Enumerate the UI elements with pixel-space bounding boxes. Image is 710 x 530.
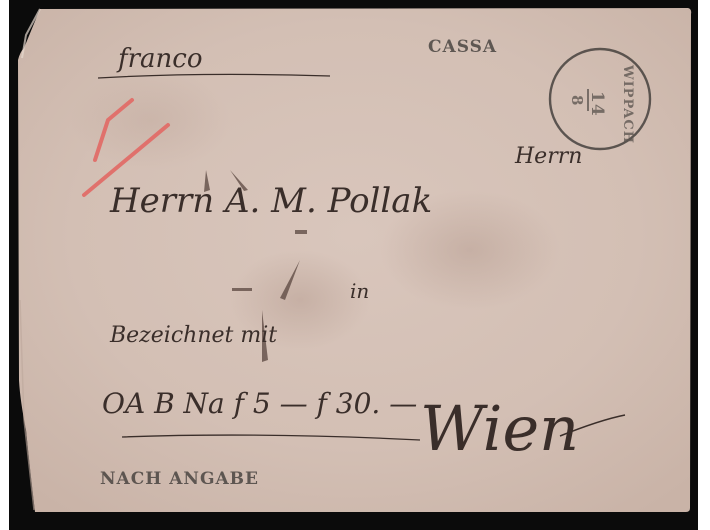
svg-text:14: 14 — [587, 91, 607, 117]
svg-text:WIPPACH: WIPPACH — [620, 64, 635, 144]
address-line-3: OA B Na f 5 — f 30. — — [102, 387, 417, 420]
cassa-stamp: CASSA — [428, 37, 497, 57]
address-in: in — [350, 279, 369, 303]
envelope-photo: franco CASSA WIPPACH 14 8 Herrn Herrn A.… — [0, 0, 710, 530]
nach-angabe-stamp: NACH ANGABE — [100, 469, 259, 489]
address-title-right: Herrn — [514, 144, 582, 169]
address-line-2: Bezeichnet mit — [109, 323, 277, 348]
svg-text:franco: franco — [116, 44, 203, 74]
address-city: Wien — [420, 392, 579, 465]
svg-text:NACH ANGABE: NACH ANGABE — [100, 469, 259, 489]
address-line-1: Herrn A. M. Pollak — [109, 181, 432, 221]
svg-text:CASSA: CASSA — [428, 37, 497, 57]
svg-text:8: 8 — [568, 95, 586, 106]
